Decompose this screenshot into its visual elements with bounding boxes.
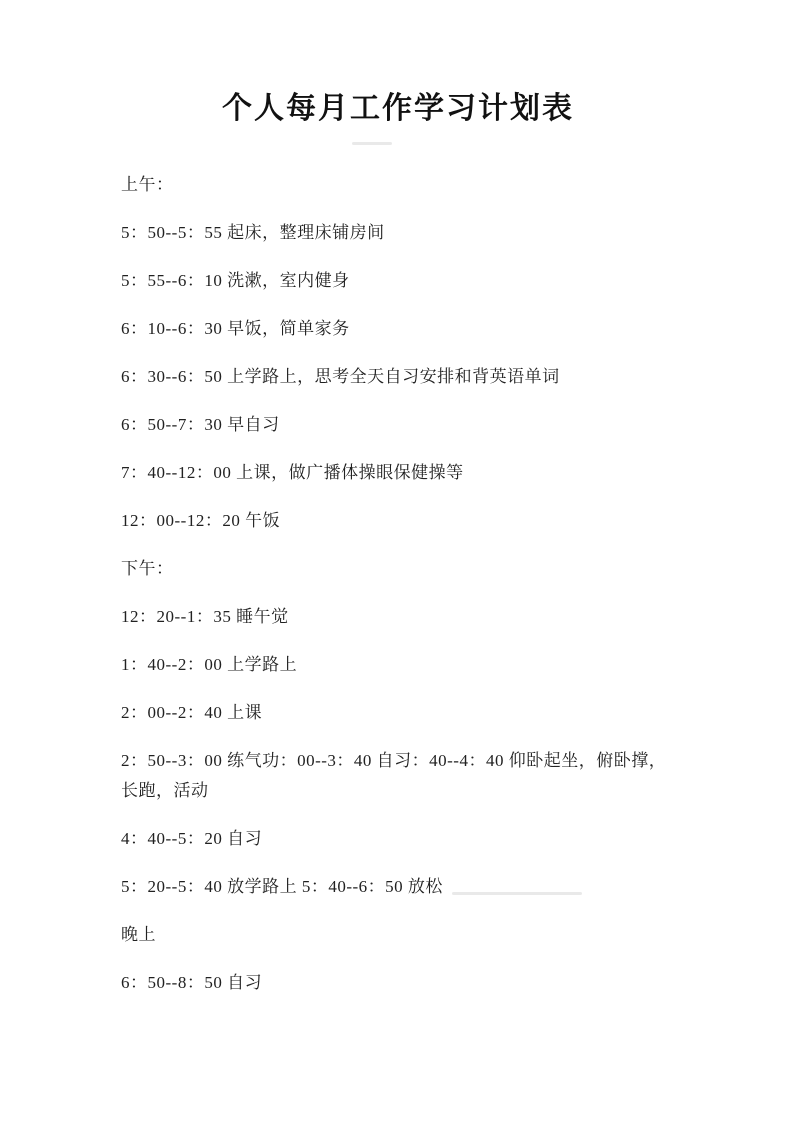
scan-artifact xyxy=(352,142,392,145)
schedule-line: 5：50--5：55 起床，整理床铺房间 xyxy=(121,218,675,248)
schedule-line: 5：20--5：40 放学路上 5：40--6：50 放松 xyxy=(121,872,675,902)
schedule-line: 1：40--2：00 上学路上 xyxy=(121,650,675,680)
schedule-line: 6：10--6：30 早饭，简单家务 xyxy=(121,314,675,344)
document-page: 个人每月工作学习计划表 上午：5：50--5：55 起床，整理床铺房间5：55-… xyxy=(0,0,793,1122)
schedule-line: 6：30--6：50 上学路上，思考全天自习安排和背英语单词 xyxy=(121,362,675,392)
section-heading: 上午： xyxy=(121,170,675,200)
schedule-line: 12：00--12：20 午饭 xyxy=(121,506,675,536)
section-heading: 下午： xyxy=(121,554,675,584)
document-title: 个人每月工作学习计划表 xyxy=(121,88,675,130)
document-body: 上午：5：50--5：55 起床，整理床铺房间5：55--6：10 洗漱，室内健… xyxy=(121,170,675,998)
schedule-line: 12：20--1：35 睡午觉 xyxy=(121,602,675,632)
schedule-line: 7：40--12：00 上课，做广播体操眼保健操等 xyxy=(121,458,675,488)
section-heading: 晚上 xyxy=(121,920,675,950)
schedule-line: 5：55--6：10 洗漱，室内健身 xyxy=(121,266,675,296)
schedule-line: 6：50--8：50 自习 xyxy=(121,968,675,998)
schedule-line: 2：00--2：40 上课 xyxy=(121,698,675,728)
schedule-line: 4：40--5：20 自习 xyxy=(121,824,675,854)
schedule-line: 2：50--3：00 练气功：00--3：40 自习：40--4：40 仰卧起坐… xyxy=(121,746,675,806)
schedule-line: 6：50--7：30 早自习 xyxy=(121,410,675,440)
